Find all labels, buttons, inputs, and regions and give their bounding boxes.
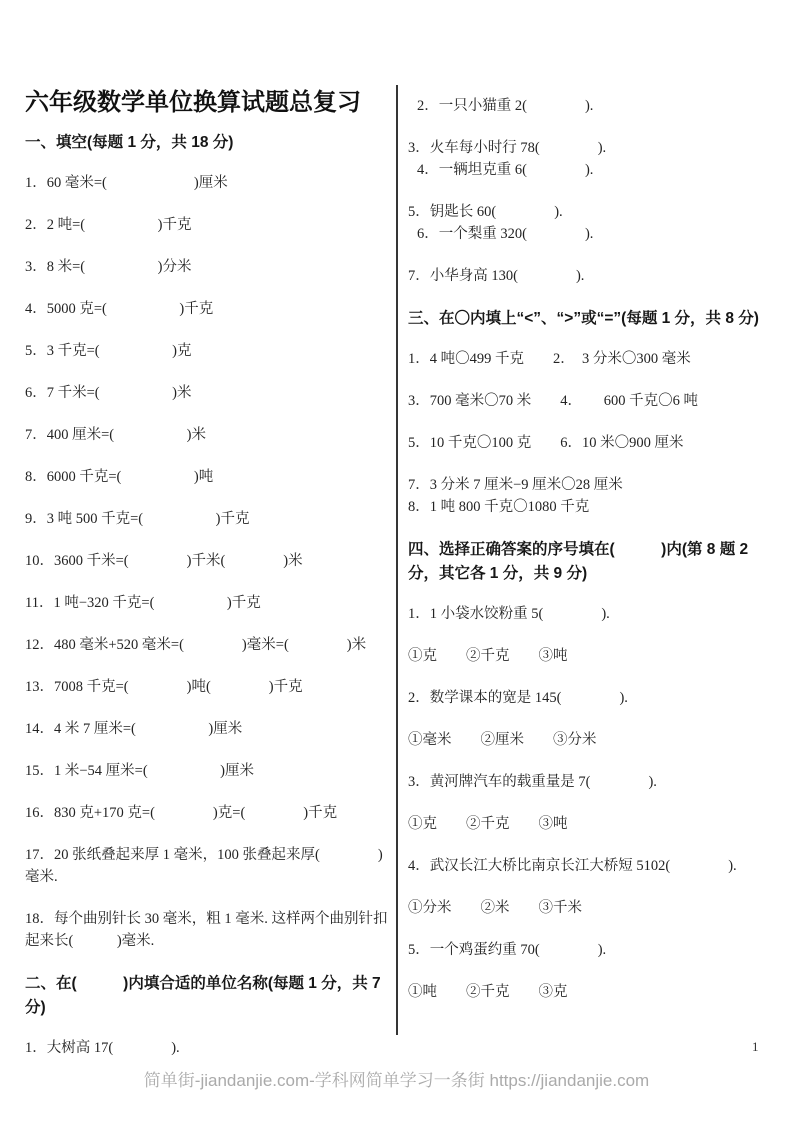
question-item: 17．20 张纸叠起来厚 1 毫米，100 张叠起来厚( )毫米.	[25, 844, 393, 888]
column-divider	[396, 85, 398, 1035]
question-item: 16．830 克+170 克=( )克=( )千克	[25, 802, 393, 824]
section-2-heading: 二、在( )内填合适的单位名称(每题 1 分，共 7 分)	[25, 972, 393, 1020]
right-column: 2．一只小猫重 2( ). 3．火车每小时行 78( ). 4．一辆坦克重 6(…	[408, 95, 780, 1023]
question-item: 2．2 吨=( )千克	[25, 214, 393, 236]
question-item: 14．4 米 7 厘米=( )厘米	[25, 718, 393, 740]
question-row: 1．4 吨〇499 千克 2． 3 分米〇300 毫米	[408, 348, 780, 370]
question-item: 3．黄河牌汽车的载重量是 7( ).	[408, 771, 780, 793]
worksheet-page: 六年级数学单位换算试题总复习 一、填空(每题 1 分，共 18 分) 1．60 …	[0, 0, 793, 1122]
question-item: 7．400 厘米=( )米	[25, 424, 393, 446]
question-row: 7．3 分米 7 厘米−9 厘米〇28 厘米	[408, 474, 780, 496]
question-item: 9．3 吨 500 千克=( )千克	[25, 508, 393, 530]
question-item: 4．一辆坦克重 6( ).	[408, 159, 780, 181]
question-item: 7．小华身高 130( ).	[408, 265, 780, 287]
question-item: 4．武汉长江大桥比南京长江大桥短 5102( ).	[408, 855, 780, 877]
question-row: 5．10 千克〇100 克 6．10 米〇900 厘米	[408, 432, 780, 454]
question-item: 2．数学课本的宽是 145( ).	[408, 687, 780, 709]
section-4-heading: 四、选择正确答案的序号填在( )内(第 8 题 2 分，其它各 1 分，共 9 …	[408, 538, 780, 586]
question-item: 5．钥匙长 60( ).	[408, 201, 780, 223]
question-item: 18．每个曲别针长 30 毫米，粗 1 毫米. 这样两个曲别针扣起来长( )毫米…	[25, 908, 393, 952]
question-item: 8．6000 千克=( )吨	[25, 466, 393, 488]
question-item: 1．1 小袋水饺粉重 5( ).	[408, 603, 780, 625]
question-item: 1．大树高 17( ).	[25, 1037, 393, 1059]
question-item: 13．7008 千克=( )吨( )千克	[25, 676, 393, 698]
question-item: 15．1 米−54 厘米=( )厘米	[25, 760, 393, 782]
question-item: 6．一个梨重 320( ).	[408, 223, 780, 245]
options-row: ①克 ②千克 ③吨	[408, 813, 780, 835]
options-row: ①毫米 ②厘米 ③分米	[408, 729, 780, 751]
question-item: 3．8 米=( )分米	[25, 256, 393, 278]
question-item: 11．1 吨−320 千克=( )千克	[25, 592, 393, 614]
question-item: 12．480 毫米+520 毫米=( )毫米=( )米	[25, 634, 393, 656]
left-column: 六年级数学单位换算试题总复习 一、填空(每题 1 分，共 18 分) 1．60 …	[25, 88, 393, 1079]
options-row: ①分米 ②米 ③千米	[408, 897, 780, 919]
question-item: 4．5000 克=( )千克	[25, 298, 393, 320]
question-row: 8．1 吨 800 千克〇1080 千克	[408, 496, 780, 518]
question-item: 2．一只小猫重 2( ).	[408, 95, 780, 117]
section-3-heading: 三、在〇内填上“<”、“>”或“=”(每题 1 分，共 8 分)	[408, 307, 780, 331]
options-row: ①吨 ②千克 ③克	[408, 981, 780, 1003]
question-row: 3．700 毫米〇70 米 4． 600 千克〇6 吨	[408, 390, 780, 412]
question-item: 5．一个鸡蛋约重 70( ).	[408, 939, 780, 961]
options-row: ①克 ②千克 ③吨	[408, 645, 780, 667]
question-item: 1．60 毫米=( )厘米	[25, 172, 393, 194]
question-item: 5．3 千克=( )克	[25, 340, 393, 362]
question-item: 6．7 千米=( )米	[25, 382, 393, 404]
section-1-heading: 一、填空(每题 1 分，共 18 分)	[25, 131, 393, 155]
page-number: 1	[752, 1039, 759, 1055]
page-footer: 简单街-jiandanjie.com-学科网简单学习一条街 https://ji…	[0, 1066, 793, 1091]
question-item: 10．3600 千米=( )千米( )米	[25, 550, 393, 572]
question-item: 3．火车每小时行 78( ).	[408, 137, 780, 159]
doc-title: 六年级数学单位换算试题总复习	[25, 88, 393, 118]
